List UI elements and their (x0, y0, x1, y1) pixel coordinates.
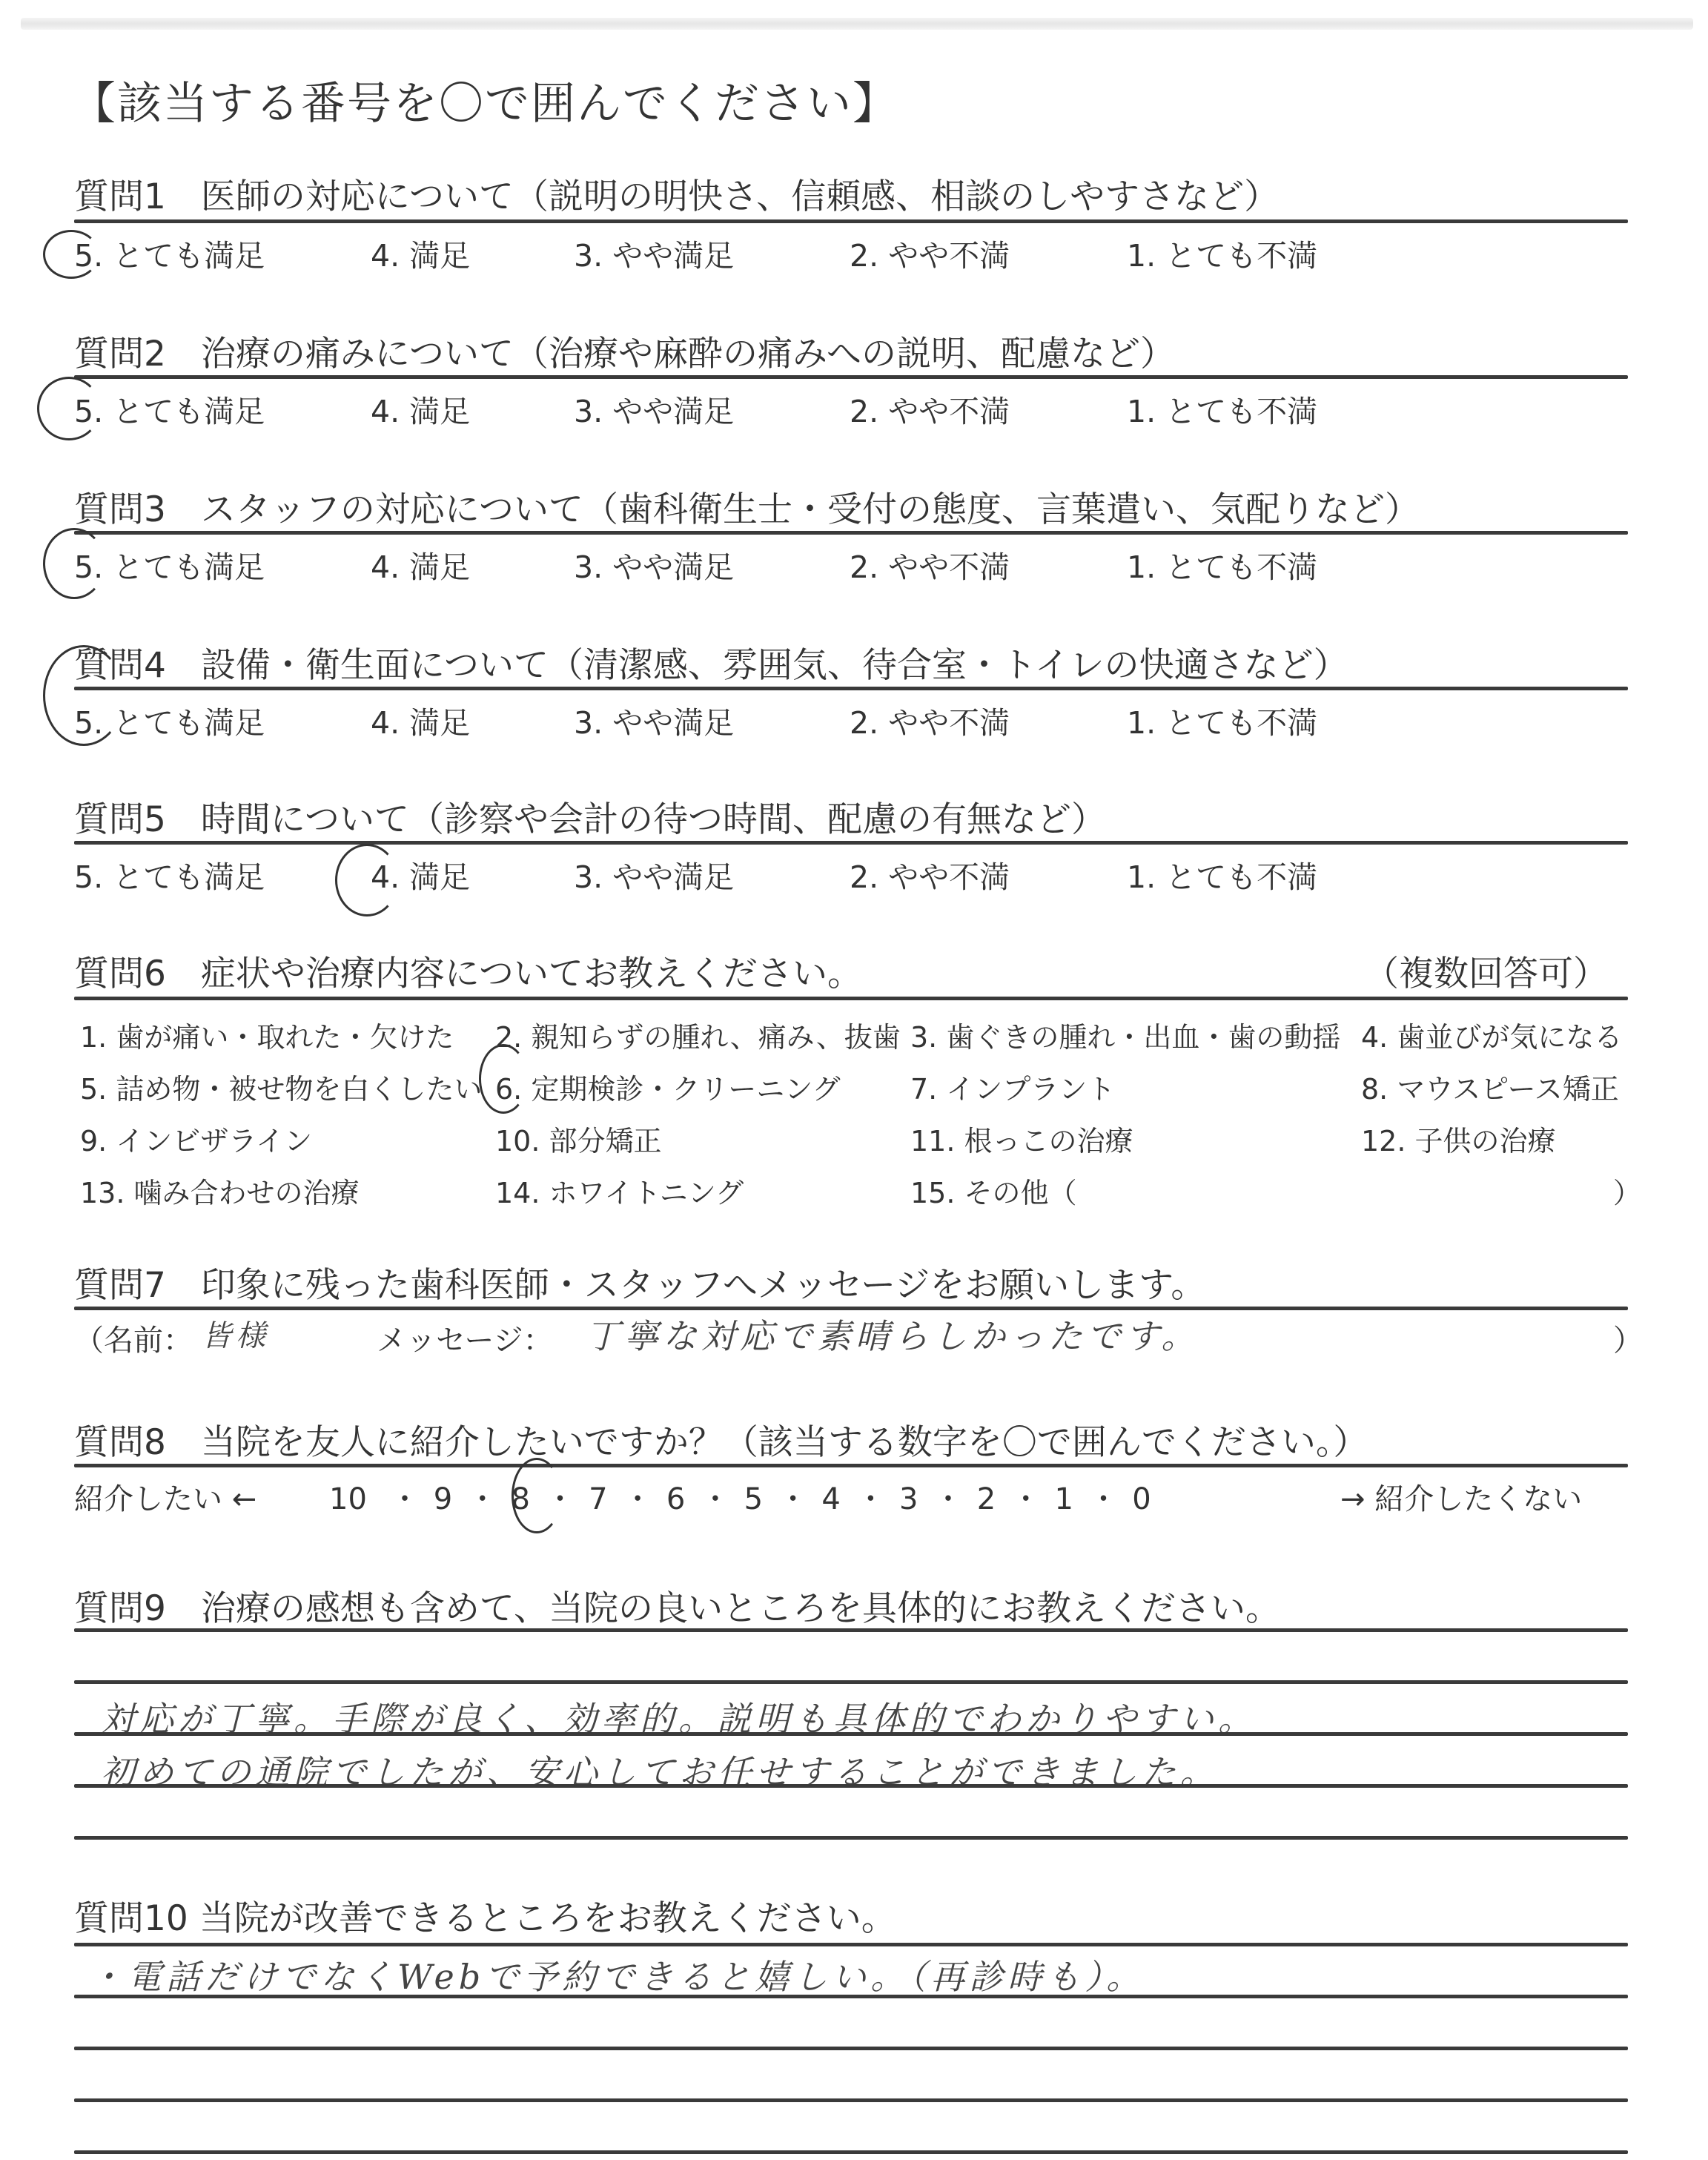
scale-0[interactable]: 0 (1132, 1482, 1166, 1516)
q6-option-10[interactable]: 10. 部分矯正 (495, 1118, 662, 1159)
divider (74, 1464, 1628, 1467)
q10-answer-line-1[interactable]: ・電話だけでなくWebで予約できると嬉しい。（再診時も）。 (89, 1950, 1145, 1999)
q6-option-15[interactable]: 15. その他（ (910, 1170, 1077, 1211)
question-6-title: 質問6 症状や治療内容についてお教えください。 (74, 946, 862, 996)
q6-option-2[interactable]: 2. 親知らずの腫れ、痛み、抜歯 (495, 1014, 901, 1055)
writing-line (74, 2098, 1628, 2102)
q1-option-2[interactable]: 2. やや不満 (850, 231, 1010, 275)
selection-circle-q8 (512, 1458, 562, 1533)
divider (74, 375, 1628, 379)
q2-option-3[interactable]: 3. やや満足 (574, 387, 734, 431)
q6-option-12[interactable]: 12. 子供の治療 (1361, 1118, 1556, 1159)
q1-option-5[interactable]: 5. とても満足 (74, 231, 265, 275)
q6-option-14[interactable]: 14. ホワイトニング (495, 1170, 744, 1211)
message-close-paren: ） (1613, 1317, 1643, 1359)
q3-option-2[interactable]: 2. やや不満 (850, 543, 1010, 587)
q6-option-8[interactable]: 8. マウスピース矯正 (1361, 1066, 1619, 1107)
scale-4[interactable]: 4 (821, 1482, 855, 1516)
question-9-title: 質問9 治療の感想も含めて、当院の良いところを具体的にお教えください。 (74, 1581, 1280, 1631)
question-5-title: 質問5 時間について（診察や会計の待つ時間、配慮の有無など） (74, 792, 1106, 842)
multiple-answer-note: （複数回答可） (1364, 946, 1608, 996)
question-4-title: 質問4 設備・衛生面について（清潔感、雰囲気、待合室・トイレの快適さなど） (74, 638, 1348, 687)
q4-option-2[interactable]: 2. やや不満 (850, 698, 1010, 742)
q6-option-11[interactable]: 11. 根っこの治療 (910, 1118, 1133, 1159)
q6-option-6[interactable]: 6. 定期検診・クリーニング (495, 1066, 841, 1107)
question-7-title: 質問7 印象に残った歯科医師・スタッフへメッセージをお願いします。 (74, 1258, 1205, 1307)
q3-option-1[interactable]: 1. とても不満 (1127, 543, 1317, 587)
divider (74, 841, 1628, 845)
q6-other-close-paren: ） (1613, 1170, 1641, 1211)
scan-top-edge (21, 18, 1693, 30)
recommend-right-label: → 紹介したくない (1340, 1476, 1582, 1518)
recommend-scale: 10・ 9・ 8・ 7・ 6・ 5・ 4・ 3・ 2・ 1・ 0 (329, 1476, 1166, 1518)
name-field[interactable]: 皆様 (202, 1312, 270, 1355)
scale-3[interactable]: 3 (899, 1482, 933, 1516)
q5-option-5[interactable]: 5. とても満足 (74, 853, 265, 896)
writing-line (74, 1995, 1628, 1998)
recommend-left-label: 紹介したい ← (74, 1476, 256, 1518)
q4-option-4[interactable]: 4. 満足 (371, 698, 470, 742)
q6-option-1[interactable]: 1. 歯が痛い・取れた・欠けた (80, 1014, 454, 1055)
q1-option-1[interactable]: 1. とても不満 (1127, 231, 1317, 275)
writing-line (74, 1836, 1628, 1840)
q5-option-3[interactable]: 3. やや満足 (574, 853, 734, 896)
scale-1[interactable]: 1 (1054, 1482, 1088, 1516)
selection-circle-q4 (43, 645, 125, 746)
q6-option-13[interactable]: 13. 噛み合わせの治療 (80, 1170, 360, 1211)
divider (74, 1943, 1628, 1946)
scale-9[interactable]: 9 (434, 1482, 468, 1516)
name-label: （名前： (74, 1317, 193, 1359)
writing-line (74, 1732, 1628, 1736)
scale-10[interactable]: 10 (329, 1482, 390, 1516)
q3-option-4[interactable]: 4. 満足 (371, 543, 470, 587)
q4-option-3[interactable]: 3. やや満足 (574, 698, 734, 742)
writing-line (74, 2047, 1628, 2050)
selection-circle-q3 (43, 528, 105, 599)
question-2-title: 質問2 治療の痛みについて（治療や麻酔の痛みへの説明、配慮など） (74, 326, 1175, 376)
message-label: メッセージ： (377, 1317, 553, 1359)
writing-line (74, 2150, 1628, 2154)
selection-circle-q6 (479, 1044, 528, 1114)
q5-option-2[interactable]: 2. やや不満 (850, 853, 1010, 896)
q1-option-4[interactable]: 4. 満足 (371, 231, 470, 275)
q3-option-3[interactable]: 3. やや満足 (574, 543, 734, 587)
q5-option-1[interactable]: 1. とても不満 (1127, 853, 1317, 896)
writing-line (74, 1784, 1628, 1788)
q2-option-1[interactable]: 1. とても不満 (1127, 387, 1317, 431)
q2-option-4[interactable]: 4. 満足 (371, 387, 470, 431)
message-field[interactable]: 丁寧な対応で素晴らしかったです。 (586, 1309, 1199, 1358)
q6-option-3[interactable]: 3. 歯ぐきの腫れ・出血・歯の動揺 (910, 1014, 1340, 1055)
question-10-title: 質問10 当院が改善できるところをお教えください。 (74, 1891, 896, 1941)
q6-option-5[interactable]: 5. 詰め物・被せ物を白くしたい (80, 1066, 482, 1107)
scale-2[interactable]: 2 (977, 1482, 1011, 1516)
question-8-title: 質問8 当院を友人に紹介したいですか？（該当する数字を〇で囲んでください。） (74, 1415, 1368, 1464)
scale-7[interactable]: 7 (589, 1482, 623, 1516)
scale-5[interactable]: 5 (744, 1482, 778, 1516)
q6-option-4[interactable]: 4. 歯並びが気になる (1361, 1014, 1622, 1055)
selection-circle-q5 (335, 844, 399, 916)
q4-option-1[interactable]: 1. とても不満 (1127, 698, 1317, 742)
writing-line (74, 1680, 1628, 1684)
divider (74, 997, 1628, 1000)
q2-option-5[interactable]: 5. とても満足 (74, 387, 265, 431)
selection-circle-q2 (37, 377, 101, 440)
question-1-title: 質問1 医師の対応について（説明の明快さ、信頼感、相談のしやすさなど） (74, 169, 1279, 219)
page-title: 【該当する番号を〇で囲んでください】 (71, 68, 898, 132)
divider (74, 687, 1628, 690)
selection-circle-q1 (43, 230, 99, 279)
divider (74, 1628, 1628, 1632)
q1-option-3[interactable]: 3. やや満足 (574, 231, 734, 275)
q6-option-7[interactable]: 7. インプラント (910, 1066, 1115, 1107)
q2-option-2[interactable]: 2. やや不満 (850, 387, 1010, 431)
question-3-title: 質問3 スタッフの対応について（歯科衛生士・受付の態度、言葉遣い、気配りなど） (74, 482, 1420, 532)
divider (74, 219, 1628, 223)
scale-6[interactable]: 6 (666, 1482, 701, 1516)
q6-option-9[interactable]: 9. インビザライン (80, 1118, 312, 1159)
divider (74, 531, 1628, 535)
